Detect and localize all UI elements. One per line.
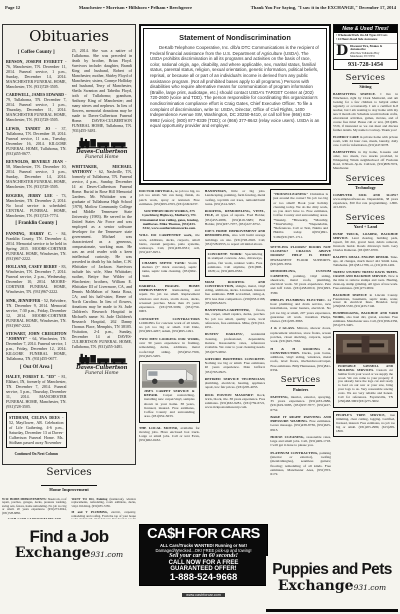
classified-ad: DOCTOR DRYWALL, no job too big, no job t… (139, 189, 200, 206)
classified-ad: [ Coffee County ] (6, 50, 67, 56)
ad-body: Technology (348, 184, 383, 191)
right-classified-column: New & Used Tires! • Wholesale/Work On Al… (333, 24, 398, 557)
classified-ad: GIFFORD BROTHERS CONCRETE. Nothing too b… (205, 357, 266, 374)
classified-ad: RALPH'S SMALL ENGINE REPAIR. Tune-ups, o… (333, 256, 398, 268)
classified-ad: WANT TO DO, Painting (inside/out), windo… (72, 498, 137, 509)
classified-ad: BUSHHOGGING, BACKHOE AND YARD WORK, also… (333, 312, 398, 328)
sawmill-photo (336, 334, 395, 364)
classified-ad: CONCRETE WORK: Specializing in stamped c… (205, 249, 266, 276)
ad-body: plumbing, electrical, heating, appliance… (205, 381, 266, 389)
statement-title: Statement of Nondiscrimination (150, 33, 320, 42)
classified-ad: CONCRETE CONTRACTORS LOOKING for concret… (139, 317, 200, 334)
services-header-subtitle: Home Improvement (41, 485, 97, 492)
classified-ad: PLATINUM CONTRACTING, painting (interior… (270, 451, 331, 477)
cash-ad-slogan: Sell your car in 60 seconds! (140, 553, 267, 559)
ad-body: in my home, 6-weeks and older, two meals… (333, 150, 398, 170)
obituaries-column-2: 25, 2014. She was a native of Tullahoma.… (72, 48, 133, 460)
classified-ad: PAINTING, interior, exterior, spraying, … (270, 395, 331, 412)
classified-ad: DUMP TRUCK, LOADER, BACKHOE SERVICE. Lan… (333, 233, 398, 253)
classified-ad: REYNOLDS, BEVERLY JEAN - 58, Manchester,… (6, 159, 67, 189)
classified-ad: BABYSITTING in my home, 6-weeks and olde… (333, 151, 398, 171)
classified-ad: REMODELING, CUSTOM CABINETS, painting, v… (270, 269, 331, 295)
ad-body: - 79, Tullahoma, TN. December 7, 2014. F… (6, 92, 67, 122)
ad-body: - 76, Manchester, TN. December 11, 2014.… (6, 59, 67, 89)
ad-lead: [ Out Of Area ] (20, 365, 52, 370)
classified-ad: M and T PLUMBING, electric, carpentry, r… (72, 511, 137, 519)
find-a-job-title: Find a Job (2, 528, 136, 545)
classified-ad: [ Franklin County ] (6, 221, 67, 227)
classified-ad: H & H ROOFING & CONSTRUCTION. Decks, pol… (270, 347, 331, 373)
classified-ad: LEWIS, TANDIT JO - 37, Tullahoma, TN. De… (6, 126, 67, 156)
classified-ad: WHITTAKER, MICHAEL ANTHONY - 62, Nashvil… (72, 164, 133, 349)
classified-ad: HANDYMAN-CARPENTER, floors, tile, carpet… (205, 308, 266, 329)
ad-body: Remodeling and repair. No job too small.… (139, 288, 200, 313)
ad-lead: Services (333, 175, 398, 184)
ad-lead: Services (270, 376, 331, 385)
classified-ad: BABYSITTING SERVICE. I live in Wincheste… (333, 93, 398, 133)
classified-ad: SINK, JENNIFFER - 52, Belvidere, TN. Dec… (6, 298, 67, 328)
classified-ad: ROGERS, JERRY LEE - 73, Manchester, TN. … (6, 193, 67, 218)
ad-body: I live in Winchester, right by Clark Mem… (333, 92, 398, 132)
page-header: Page 12 Manchester • Morrison • Hillsbor… (5, 5, 396, 10)
ad-lead: Services (333, 74, 398, 83)
classified-ad: FANNING, HARRY C. - 84, Franklin County,… (6, 231, 67, 261)
nondiscrimination-statement-box: Statement of Nondiscrimination DeKalb Te… (139, 24, 331, 185)
classified-ad: CHAMPS SEPTIC TANK: Storm shelters (5" t… (139, 258, 200, 281)
tire-shop-address-2: Manchester, TN 37355 (350, 55, 395, 58)
obituaries-column-1: [ Coffee County ]BENSON, JOSEPH EVERETT … (6, 48, 67, 460)
services-section-header: Services Home Improvement (2, 467, 136, 496)
cash-ad-phone: 1-888-524-9668 (140, 573, 267, 583)
discount-tire-logo: D (336, 45, 348, 58)
page-tagline: Thank You For Saying, "I saw it in the E… (251, 5, 396, 10)
classified-ad: HANDYMAN, little or big jobs. Landscapin… (205, 189, 266, 206)
classified-ad: TWO MEN LOOKING FOR WORK, over 30 years … (139, 337, 200, 358)
classified-ad: ServicesPainters (270, 376, 331, 392)
classified-ad: J & J GLASS. Mirrors, shower doors, repl… (270, 326, 331, 343)
puppies-and-pets-ad: Puppies and Pets Exchange931.com (266, 556, 398, 612)
newspaper-page: Page 12 Manchester • Morrison • Hillsbor… (0, 0, 400, 614)
ad-body: LOOKING for concrete work of all kinds, … (139, 321, 200, 334)
classified-ad: COMPUTER SICK AND SLOW? www.simplesoftwa… (333, 194, 398, 210)
ad-body: - 83, Winchester, TN. December 7, 2014. … (6, 264, 67, 294)
cash-ad-line: Damaged/Wrecked...OK! FREE pick-up and t… (140, 548, 267, 553)
cash-for-cars-ad: CA$H FOR CARS ALL Cars/Trucks WANTED! Ru… (139, 524, 268, 586)
classified-ad: W.W. HOME IMPROVEMENTS: Sheetrock, roof … (2, 498, 67, 516)
services-header-title: Services (2, 467, 136, 478)
train-icon (74, 137, 130, 150)
classified-ad: ServicesSitting (333, 74, 398, 90)
classified-ad: CASH, CASH, CASH FOR BARNS AND HOUSES. S… (2, 518, 67, 519)
exchange-logo: Exchange931.com (266, 578, 398, 595)
classified-ad: TREES! STUMPS! TREES! DAVIS TREES-CRANE … (333, 271, 398, 291)
peoples-tree-service-ad: PEOPLE'S TREE SERVICE, tree trimming, cl… (333, 411, 398, 437)
classifieds-middle-section: DOCTOR DRYWALL, no job too big, no job t… (139, 189, 331, 555)
classified-ad: BACKHOE SERVICE in Lincoln County. Found… (333, 294, 398, 310)
home-improvement-column-2: WANT TO DO, Painting (inside/out), windo… (72, 498, 137, 520)
discount-tire-ad: New & Used Tires! • Wholesale/Work On Al… (333, 24, 398, 70)
classified-ad: HALEY, FOREST E. "ED" - 81, Elkhart, IN,… (6, 374, 67, 409)
cash-ad-call-now: CALL NOW FOR A FREEGUARANTEED OFFER! (140, 560, 267, 573)
statement-body: DeKalb Telephone Cooperative, Inc. d/b/a… (150, 45, 320, 129)
classified-column-c: "HOUSECLEANING" Christmas is just around… (270, 189, 331, 555)
classified-ad: PHELPS PLUMBING ELECTRIC. 24 hour plumbi… (270, 298, 331, 324)
van-photo (142, 364, 197, 388)
classified-ad: ROOFING, REMODELING, VINYL, TILE, all ty… (205, 209, 266, 226)
ad-body: Nothing too big or small. Free estimates… (205, 361, 266, 374)
funeral-home-name-2: Funeral Home (72, 155, 133, 160)
obituaries-title: Obituaries (6, 27, 132, 45)
classified-ad: 25, 2014. She was a native of Tullahoma.… (72, 48, 133, 133)
classified-ad: JOE'S HOME IMPROVEMENT AND REMODELING, a… (205, 229, 266, 246)
home-improvement-column-1: W.W. HOME IMPROVEMENTS: Sheetrock, roof … (2, 498, 67, 520)
jims-carpet-service-ad: JIM'S CARPET SERVICE & REPAIR. Carpet re… (139, 361, 200, 423)
ad-body: Christmas is just around the corner! No … (273, 192, 328, 239)
classified-ad: BENSON, JOSEPH EVERETT - 76, Manchester,… (6, 59, 67, 89)
funeral-home-train-logo: Daves-Culbertson Funeral Home (72, 137, 133, 161)
classified-ad: "HOUSECLEANING" Christmas is just around… (270, 189, 331, 242)
ad-lead: [ Coffee County ] (18, 50, 55, 55)
classified-ad: Continued On Next Column (6, 452, 67, 456)
ad-body: all types of repairs. Fred Holder, (931)… (205, 213, 266, 226)
ad-body: 24 hour plumbing and drain service, new … (270, 298, 331, 323)
obituaries-box: Obituaries [ Coffee County ]BENSON, JOSE… (2, 24, 136, 465)
classified-ad: [ Out Of Area ] (6, 365, 67, 371)
ad-body: Sitting (352, 83, 378, 90)
ad-lead: SETTLING FLOORS? DOORS NOT CLOSING? CRAC… (270, 245, 331, 258)
cash-ad-url: www.cashforcar.com (182, 593, 225, 597)
classified-ad: DARRELL PRAGEL HOME IMPROVEMENT: Remodel… (139, 284, 200, 314)
ad-body: Yard + Land (347, 223, 384, 230)
classified-ad: DUSTIN' DARLINS', residential cleaning, … (205, 332, 266, 353)
page-number: Page 12 (5, 5, 20, 10)
ad-body: - 84, Franklin County, TN. December 4, 2… (6, 231, 67, 261)
find-a-job-ad: Find a Job Exchange931.com (2, 521, 136, 581)
tire-shop-name: Discount Tire, Brakes & Automotive (350, 45, 395, 52)
classified-ad: HOLLAND, CASEY BERRY - 83, Winchester, T… (6, 264, 67, 294)
classified-ad: HOUSE CLEANING, reasonable rates, large … (270, 435, 331, 448)
ad-body: over 30 years experience in framing, rem… (139, 341, 200, 358)
ad-body: - 81, Elkhart, IN, formerly of Mancheste… (6, 374, 67, 409)
ad-body: - 52, Mayflower, AR. Celebration of Life… (9, 415, 64, 445)
classified-ad: STIDHAM, CELINA DEES - 52, Mayflower, AR… (6, 412, 67, 448)
tire-shop-phone: 931-728-1454 (334, 59, 397, 69)
classified-ad: SETTLING FLOORS? DOORS NOT CLOSING? CRAC… (270, 245, 331, 266)
puppies-ad-title: Puppies and Pets (266, 561, 398, 578)
train-icon (74, 353, 130, 366)
ad-lead: Services (333, 214, 398, 223)
classified-ad: ServicesYard + Land (333, 214, 398, 230)
ad-body: - 37, Tullahoma, TN. December 10, 2014. … (6, 126, 67, 156)
ad-lead: Continued On Next Column (15, 452, 58, 456)
ad-body: PERMANENT FLOOR SUPPORTS. (931)205-3952. (270, 258, 331, 266)
ad-body: - 62, Nashville, TN, formerly of Tullaho… (72, 169, 133, 349)
ad-lead: [ Franklin County ] (15, 221, 57, 226)
ad-body: - 52, Belvidere, TN. December 9, 2014. M… (6, 298, 67, 328)
ad-body: www.simplesoftware.us. Dependable, 38 ye… (333, 197, 398, 209)
ad-body: - 58, Manchester, TN. December 10, 2014.… (6, 159, 67, 189)
ad-body: Sheetrock, roof repair, porches, garages… (2, 497, 67, 515)
classified-ad: THE LOCAL MOVER, available for moving jo… (139, 426, 200, 443)
home-improvement-section: Services Home Improvement W.W. HOME IMPR… (2, 467, 136, 519)
ad-body: painting (interior or exterior), roofing… (270, 451, 331, 476)
classified-column-b: HANDYMAN, little or big jobs. Landscapin… (205, 189, 266, 521)
funeral-home-name-2: Funeral Home (72, 371, 133, 376)
classified-ad: WILL DO CARPENTRY work, tile work, addit… (139, 233, 200, 254)
ad-body: Carpet restretching, installing new carp… (144, 393, 195, 418)
ad-lead: CASH, CASH, CASH FOR BARNS AND HOUSES. (5, 517, 61, 519)
ad-body: tree trimming, clear cutting, logging. C… (336, 413, 395, 433)
classified-ad: SOUTHERN IRON WORKS, 375 Lynchburg Highw… (139, 209, 200, 230)
ad-body: Custom cut lumber from your wood or we s… (338, 368, 393, 404)
classified-ad: STEWART, JOHN CREIGHTON "JOHNNY" - 64, W… (6, 331, 67, 361)
cash-for-cars-title: CA$H FOR CARS (140, 527, 267, 542)
funeral-home-train-logo: Daves-Culbertson Funeral Home (72, 353, 133, 377)
ad-body: 25, 2014. She was a native of Tullahoma.… (72, 48, 133, 133)
portable-sawmill-ad: PORTABLE SAWMILL AND MOLDING SERVICES. C… (333, 331, 398, 408)
ad-body: Painters (286, 385, 315, 392)
classified-ad: BAKE IT RIGHT PAINTING AND PRESSURE WASH… (270, 415, 331, 432)
tire-ad-headline: New & Used Tires! (334, 25, 397, 33)
exchange-logo: Exchange931.com (2, 545, 136, 562)
classified-ad: CARDWELL, JAMES EDWARD - 79, Tullahoma, … (6, 92, 67, 122)
classified-ad: RETIRED SERVICE TECHNICIAN, plumbing, el… (205, 377, 266, 390)
classified-ad: M&M ROOFING AND CONSTRUCTION, shingle, m… (205, 280, 266, 306)
classified-ad: ServicesTechnology (333, 175, 398, 191)
classified-ad: RICK POSTON MASONRY: Rock, brick, block,… (205, 393, 266, 410)
classified-column-a: DOCTOR DRYWALL, no job too big, no job t… (139, 189, 200, 521)
coverage-cities: Manchester • Morrison • Hillsboro • Pelh… (79, 5, 192, 10)
classified-ad: ELDERLY CARE in private home with privat… (333, 136, 398, 148)
